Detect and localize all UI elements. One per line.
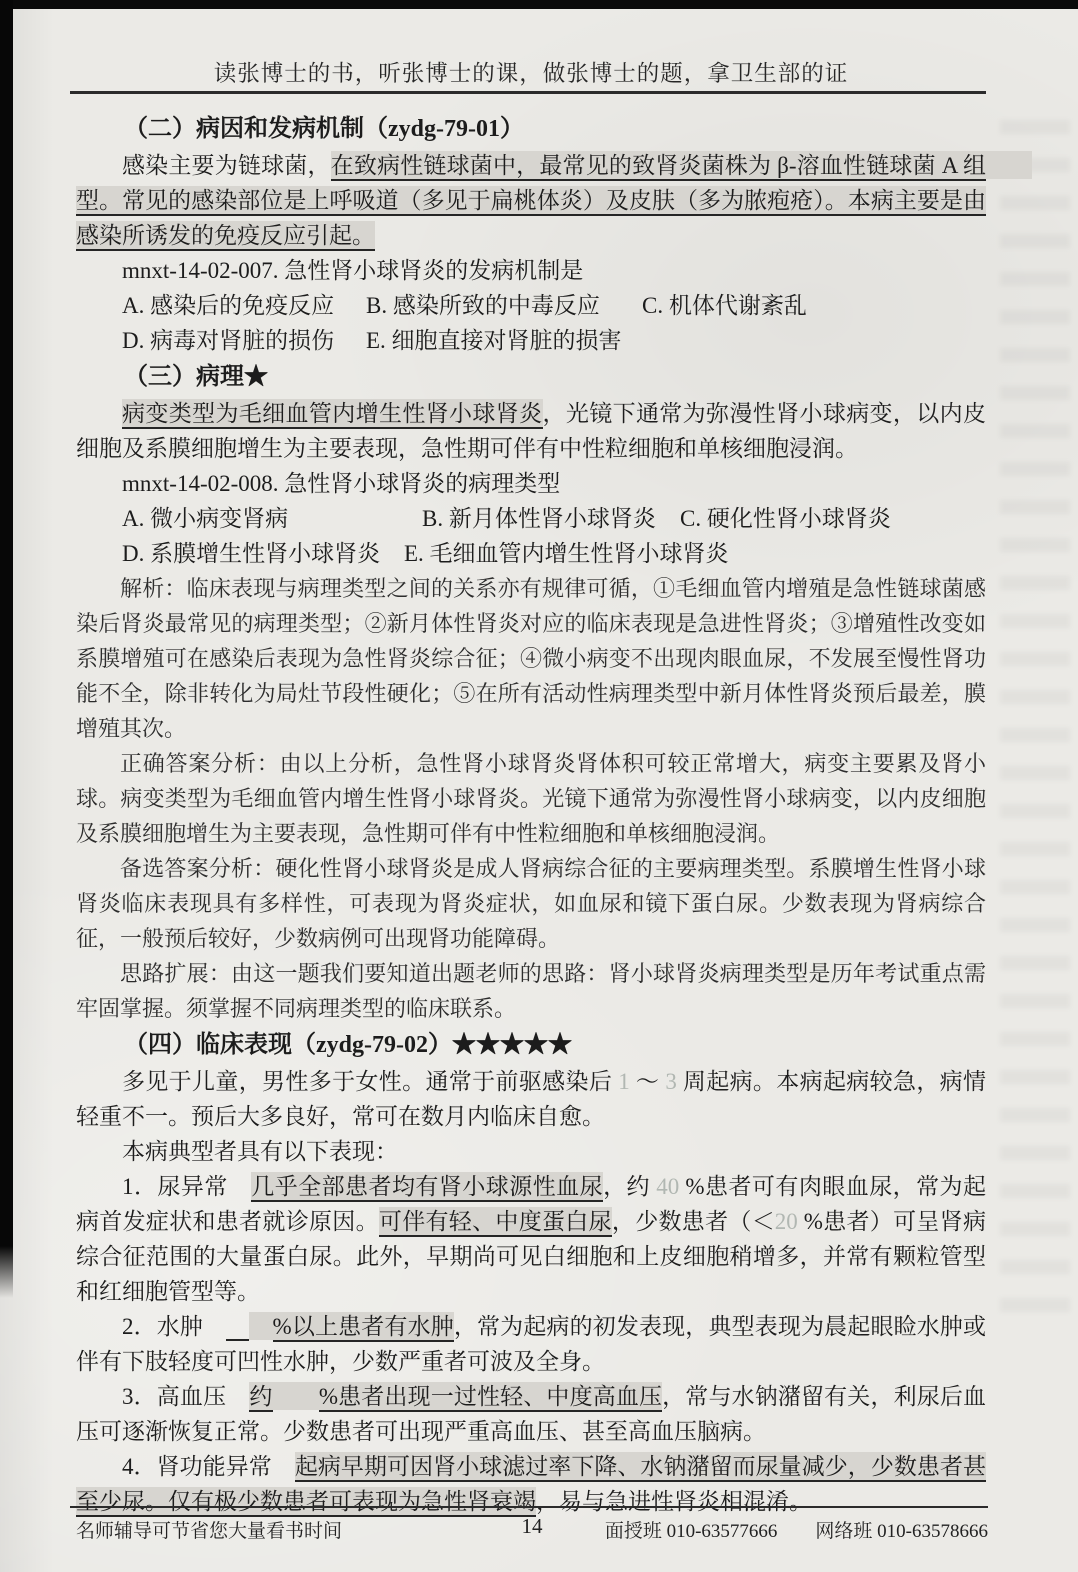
section-heading-etiology: （二）病因和发病机制（zydg-79-01）	[76, 110, 986, 148]
list-item-hypertension: 3．高血压 约 %患者出现一过性轻、中度高血压，常与水钠潴留有关，利尿后血压可逐…	[76, 1379, 986, 1449]
highlighted-text: 病变类型为毛细血管内增生性肾小球肾炎	[122, 399, 543, 429]
text-segment: ，约	[603, 1174, 656, 1199]
highlighted-text: 几乎全部患者均有肾小球源性血尿	[251, 1172, 603, 1202]
option-c: C. 机体代谢紊乱	[642, 288, 807, 323]
list-item-renal-dysfunction: 4．肾功能异常 起病早期可因肾小球滤过率下降、水钠潴留而尿量减少，少数患者甚至少…	[76, 1449, 986, 1519]
header-rule	[70, 91, 986, 94]
text-segment: ～	[630, 1069, 666, 1094]
option-a: A. 感染后的免疫反应	[122, 288, 366, 323]
highlighted-text: 可伴有轻、中度蛋白尿	[379, 1207, 612, 1237]
paragraph-infection: 感染主要为链球菌，在致病性链球菌中，最常见的致肾炎菌株为 β-溶血性链球菌 A …	[76, 148, 986, 253]
paragraph-clinical-intro: 多见于儿童，男性多于女性。通常于前驱感染后 1 ～ 3 周起病。本病起病较急，病…	[76, 1064, 986, 1134]
blank-underline	[226, 1314, 249, 1341]
question-007-options-row1: A. 感染后的免疫反应B. 感染所致的中毒反应C. 机体代谢紊乱	[76, 288, 986, 323]
option-a: A. 微小病变肾病	[122, 501, 422, 536]
footer-contact-numbers: 面授班 010-63577666 网络班 010-63578666	[605, 1516, 988, 1543]
faint-answer-text: 40	[656, 1174, 679, 1199]
faint-answer-text: 20	[775, 1209, 798, 1234]
option-b: B. 新月体性肾小球肾炎	[422, 501, 680, 536]
question-007-options-row2: D. 病毒对肾脏的损伤E. 细胞直接对肾脏的损害	[76, 323, 986, 358]
scan-edge-top	[0, 0, 1078, 9]
paragraph-alternative-answer-analysis: 备选答案分析：硬化性肾小球肾炎是成人肾病综合征的主要病理类型。系膜增生性肾小球肾…	[76, 851, 986, 956]
question-008-options-row1: A. 微小病变肾病B. 新月体性肾小球肾炎C. 硬化性肾小球肾炎	[76, 501, 986, 536]
blank-gap	[273, 1382, 319, 1410]
text-segment: 1．尿异常	[122, 1174, 251, 1199]
text-segment: 4．肾功能异常	[122, 1454, 295, 1479]
highlighted-text: 型。常见的感染部位是上呼吸道（多见于扁桃体炎）及皮肤（多为脓疱疮）。本病主要是由…	[76, 186, 986, 251]
footer-rule	[70, 1506, 988, 1508]
question-stem-007: mnxt-14-02-007. 急性肾小球肾炎的发病机制是	[76, 253, 986, 288]
paragraph-typical-lead: 本病典型者具有以下表现：	[76, 1134, 986, 1169]
highlighted-text: 在致病性链球菌中，最常见的致肾炎菌株为 β-溶血性链球菌 A 组	[331, 151, 986, 181]
blank-gap	[249, 1312, 272, 1340]
highlighted-text: %以上患者有水肿	[273, 1312, 454, 1342]
text-segment: ，易与急进性肾炎相混淆。	[536, 1489, 812, 1514]
option-d: D. 系膜增生性肾小球肾炎	[122, 536, 404, 571]
text-segment: 正确答案分析：由以上分析，急性肾小球肾炎肾体积可较正常增大，病变主要累及肾小球。…	[76, 751, 986, 846]
list-item-edema: 2．水肿 %以上患者有水肿，常为起病的初发表现，典型表现为晨起眼睑水肿或伴有下肢…	[76, 1309, 986, 1379]
page-body: （二）病因和发病机制（zydg-79-01） 感染主要为链球菌，在致病性链球菌中…	[76, 110, 986, 1519]
scan-edge-left	[0, 0, 13, 1298]
text-segment: 多见于儿童，男性多于女性。通常于前驱感染后	[122, 1069, 618, 1094]
highlighted-text: 约	[249, 1382, 272, 1412]
option-b: B. 感染所致的中毒反应	[366, 288, 642, 323]
text-segment: 2．水肿	[122, 1314, 226, 1339]
paragraph-thought-expansion: 思路扩展：由这一题我们要知道出题老师的思路：肾小球肾炎病理类型是历年考试重点需牢…	[76, 956, 986, 1026]
text-segment: ，少数患者（＜	[612, 1209, 775, 1234]
section-heading-clinical-manifestation: （四）临床表现（zydg-79-02）★★★★★	[76, 1026, 986, 1064]
highlighted-text: %患者出现一过性轻、中度高血压	[319, 1382, 662, 1412]
faint-answer-text: 3	[665, 1069, 677, 1094]
faint-answer-text: 1	[618, 1069, 630, 1094]
question-008-options-row2: D. 系膜增生性肾小球肾炎E. 毛细血管内增生性肾小球肾炎	[76, 536, 986, 571]
option-e: E. 细胞直接对肾脏的损害	[366, 323, 622, 358]
text-segment: 3．高血压	[122, 1384, 249, 1409]
option-c: C. 硬化性肾小球肾炎	[680, 501, 891, 536]
text-segment: 备选答案分析：硬化性肾小球肾炎是成人肾病综合征的主要病理类型。系膜增生性肾小球肾…	[76, 856, 986, 951]
list-item-urine-abnormality: 1．尿异常 几乎全部患者均有肾小球源性血尿，约 40 %患者可有肉眼血尿，常为起…	[76, 1169, 986, 1309]
text-segment: 解析：临床表现与病理类型之间的关系亦有规律可循，①毛细血管内增殖是急性链球菌感染…	[76, 576, 986, 741]
bleed-through-texture	[1000, 120, 1070, 1320]
blank-gap	[986, 151, 1032, 179]
paragraph-analysis: 解析：临床表现与病理类型之间的关系亦有规律可循，①毛细血管内增殖是急性链球菌感染…	[76, 571, 986, 746]
paragraph-pathology: 病变类型为毛细血管内增生性肾小球肾炎，光镜下通常为弥漫性肾小球病变，以内皮细胞及…	[76, 396, 986, 466]
scanned-book-page: 读张博士的书，听张博士的课，做张博士的题，拿卫生部的证 （二）病因和发病机制（z…	[0, 0, 1078, 1572]
option-d: D. 病毒对肾脏的损伤	[122, 323, 366, 358]
question-stem-008: mnxt-14-02-008. 急性肾小球肾炎的病理类型	[76, 466, 986, 501]
text-segment: 感染主要为链球菌，	[122, 153, 331, 178]
page-header-slogan: 读张博士的书，听张博士的课，做张博士的题，拿卫生部的证	[76, 56, 986, 88]
option-e: E. 毛细血管内增生性肾小球肾炎	[404, 536, 729, 571]
section-heading-pathology: （三）病理★	[76, 358, 986, 396]
paragraph-correct-answer-analysis: 正确答案分析：由以上分析，急性肾小球肾炎肾体积可较正常增大，病变主要累及肾小球。…	[76, 746, 986, 851]
text-segment: 思路扩展：由这一题我们要知道出题老师的思路：肾小球肾炎病理类型是历年考试重点需牢…	[76, 961, 986, 1021]
